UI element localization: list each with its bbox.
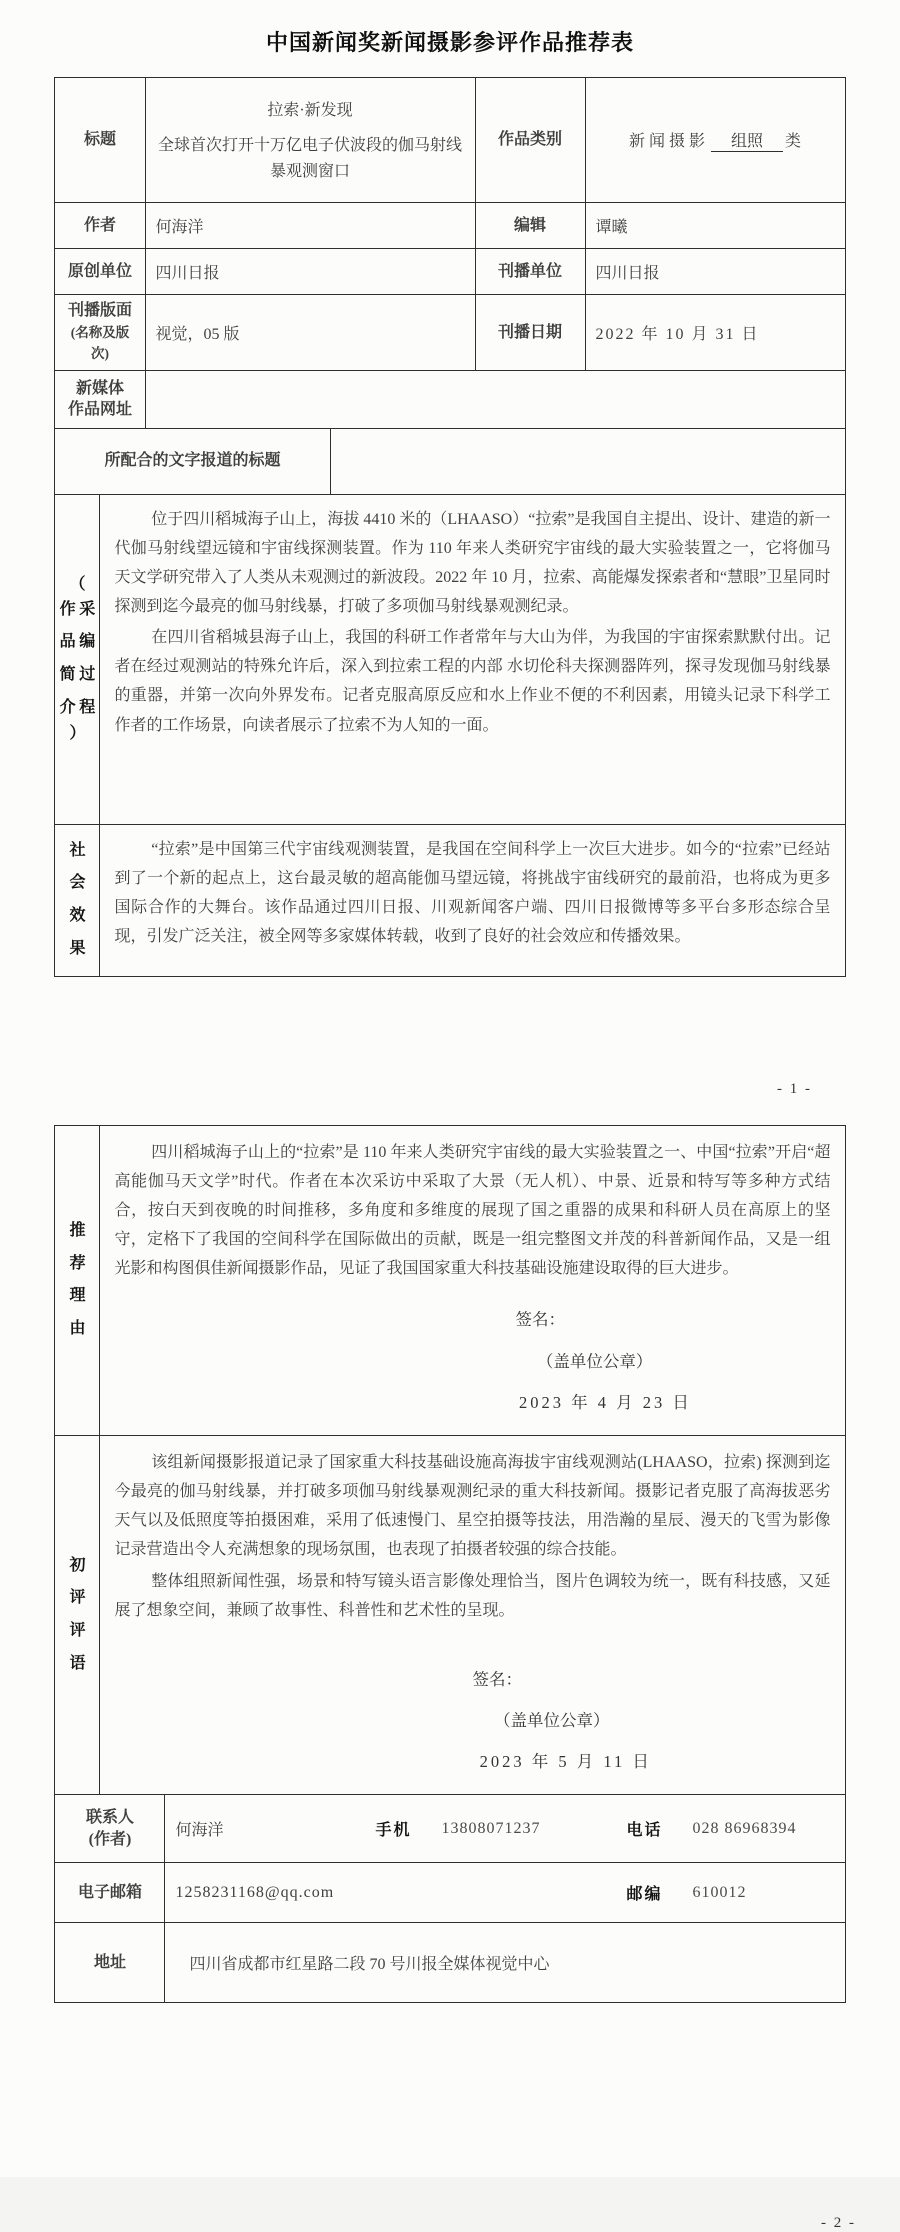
bottom-spacer [0, 2003, 900, 2215]
editor-label: 编辑 [475, 203, 585, 249]
text-report-label: 所配合的文字报道的标题 [55, 428, 330, 494]
publish-date-value: 2022 年 10 月 31 日 [585, 295, 845, 371]
publish-unit-label: 刊播单位 [475, 249, 585, 295]
author-label: 作者 [55, 203, 145, 249]
review-vertical-label: 初评评语 [55, 1436, 100, 1795]
recommend-label-text: 推荐理由 [69, 1215, 87, 1346]
contact-person-name: 何海洋 [175, 1817, 375, 1840]
social-effect-label-text: 社会效果 [69, 835, 87, 966]
category-prefix: 新闻摄影 [629, 133, 709, 150]
form-table-page1: 标题 拉索·新发现 全球首次打开十万亿电子伏波段的伽马射线暴观测窗口 作品类别 … [54, 77, 845, 977]
author-value: 何海洋 [145, 203, 475, 249]
review-paragraph-2: 整体组照新闻性强，场景和特写镜头语言影像处理恰当，图片色调较为统一，既有科技感，… [114, 1567, 830, 1625]
row-work-intro: （ 作品简介 采编过程 ） 位于四川稻城海子山上，海拔 4410 米的（LHAA… [55, 494, 845, 824]
review-signature-block: 签名： （盖单位公章） 2023 年 5 月 11 日 [114, 1659, 830, 1783]
recommend-sign-label: 签名： [515, 1299, 830, 1340]
row-recommend-reason: 推荐理由 四川稻城海子山上的“拉索”是 110 年来人类研究宇宙线的最大实验装置… [55, 1125, 845, 1435]
newmedia-label-line1: 新媒体 [76, 380, 124, 397]
category-label: 作品类别 [475, 78, 585, 203]
row-address: 地址 四川省成都市红星路二段 70 号川报全媒体视觉中心 [55, 1923, 845, 2003]
title-label: 标题 [55, 78, 145, 203]
review-paragraph-1: 该组新闻摄影报道记录了国家重大科技基础设施高海拔宇宙线观测站(LHAASO，拉索… [114, 1448, 830, 1564]
category-suffix: 类 [785, 133, 801, 150]
review-seal-note: （盖单位公章） [494, 1700, 831, 1741]
recommend-vertical-label: 推荐理由 [55, 1125, 100, 1435]
email-content: 1258231168@qq.com 邮编 610012 [165, 1863, 845, 1923]
intro-label-col-left: 作品简介 [59, 594, 77, 725]
intro-bracket-open: （ [69, 576, 85, 594]
intro-bracket-close: ） [69, 725, 85, 743]
newmedia-url-value [145, 370, 845, 428]
page2-number: - 2 - [0, 2215, 900, 2232]
zip-value: 610012 [692, 1884, 746, 1902]
contact-person-label-line1: 联系人 [86, 1809, 134, 1826]
mobile-label: 手机 [375, 1817, 441, 1840]
page-title: 中国新闻奖新闻摄影参评作品推荐表 [0, 26, 900, 57]
row-layout-date: 刊播版面 (名称及版次) 视觉，05 版 刊播日期 2022 年 10 月 31… [55, 295, 845, 371]
phone-label: 电话 [626, 1817, 692, 1840]
form-table-page2: 推荐理由 四川稻城海子山上的“拉索”是 110 年来人类研究宇宙线的最大实验装置… [54, 1125, 845, 2004]
work-title-line2: 全球首次打开十万亿电子伏波段的伽马射线暴观测窗口 [156, 133, 465, 184]
category-underlined-value: 组照 [711, 128, 783, 152]
document-page: 中国新闻奖新闻摄影参评作品推荐表 标题 拉索·新发现 全球首次打开十万亿电子伏波… [0, 0, 900, 2177]
review-sign-label: 签名： [472, 1659, 830, 1700]
contact-person-content: 何海洋 手机 13808071237 电话 028 86968394 [165, 1795, 845, 1863]
editor-value: 谭曦 [585, 203, 845, 249]
work-intro-vertical-label: （ 作品简介 采编过程 ） [55, 494, 100, 824]
page1-number: - 1 - [0, 977, 900, 1125]
mobile-value: 13808071237 [441, 1820, 626, 1838]
intro-paragraph-1: 位于四川稻城海子山上，海拔 4410 米的（LHAASO）“拉索”是我国自主提出… [114, 505, 830, 621]
layout-label: 刊播版面 (名称及版次) [55, 295, 145, 371]
intro-label-col-right: 采编过程 [78, 594, 96, 725]
review-sign-date: 2023 年 5 月 11 日 [480, 1741, 831, 1782]
layout-value: 视觉，05 版 [145, 295, 475, 371]
original-unit-value: 四川日报 [145, 249, 475, 295]
email-label: 电子邮箱 [55, 1863, 165, 1923]
row-social-effect: 社会效果 “拉索”是中国第三代宇宙线观测装置，是我国在空间科学上一次巨大进步。如… [55, 824, 845, 976]
row-preliminary-review: 初评评语 该组新闻摄影报道记录了国家重大科技基础设施高海拔宇宙线观测站(LHAA… [55, 1436, 845, 1795]
row-units: 原创单位 四川日报 刊播单位 四川日报 [55, 249, 845, 295]
row-contact-person: 联系人 (作者) 何海洋 手机 13808071237 电话 028 86968… [55, 1795, 845, 1863]
row-email-zip: 电子邮箱 1258231168@qq.com 邮编 610012 [55, 1863, 845, 1923]
recommend-sign-date: 2023 年 4 月 23 日 [519, 1382, 830, 1423]
intro-paragraph-2: 在四川省稻城县海子山上，我国的科研工作者常年与大山为伴，为我国的宇宙探索默默付出… [114, 623, 830, 739]
layout-label-line1: 刊播版面 [68, 302, 132, 319]
address-label: 地址 [55, 1923, 165, 2003]
text-report-value [330, 428, 845, 494]
row-author-editor: 作者 何海洋 编辑 谭曦 [55, 203, 845, 249]
recommend-paragraph: 四川稻城海子山上的“拉索”是 110 年来人类研究宇宙线的最大实验装置之一、中国… [114, 1138, 830, 1284]
publish-date-label: 刊播日期 [475, 295, 585, 371]
recommend-content: 四川稻城海子山上的“拉索”是 110 年来人类研究宇宙线的最大实验装置之一、中国… [100, 1125, 845, 1435]
email-value: 1258231168@qq.com [175, 1884, 626, 1902]
address-value: 四川省成都市红星路二段 70 号川报全媒体视觉中心 [165, 1923, 845, 2003]
original-unit-label: 原创单位 [55, 249, 145, 295]
newmedia-label-line2: 作品网址 [68, 401, 132, 418]
publish-unit-value: 四川日报 [585, 249, 845, 295]
row-text-report: 所配合的文字报道的标题 [55, 428, 845, 494]
social-effect-vertical-label: 社会效果 [55, 824, 100, 976]
review-content: 该组新闻摄影报道记录了国家重大科技基础设施高海拔宇宙线观测站(LHAASO，拉索… [100, 1436, 845, 1795]
contact-person-label-line2: (作者) [89, 1831, 132, 1848]
phone-value: 028 86968394 [692, 1820, 796, 1838]
recommend-signature-block: 签名： （盖单位公章） 2023 年 4 月 23 日 [114, 1299, 830, 1423]
category-value: 新闻摄影组照类 [585, 78, 845, 203]
social-effect-content: “拉索”是中国第三代宇宙线观测装置，是我国在空间科学上一次巨大进步。如今的“拉索… [100, 824, 845, 976]
intro-label-columns: 作品简介 采编过程 [59, 594, 96, 725]
row-title-category: 标题 拉索·新发现 全球首次打开十万亿电子伏波段的伽马射线暴观测窗口 作品类别 … [55, 78, 845, 203]
review-label-text: 初评评语 [69, 1550, 87, 1681]
layout-label-line2: (名称及版次) [71, 325, 130, 362]
recommend-seal-note: （盖单位公章） [537, 1341, 831, 1382]
contact-person-label: 联系人 (作者) [55, 1795, 165, 1863]
work-intro-content: 位于四川稻城海子山上，海拔 4410 米的（LHAASO）“拉索”是我国自主提出… [100, 494, 845, 824]
newmedia-url-label: 新媒体 作品网址 [55, 370, 145, 428]
zip-label: 邮编 [626, 1881, 692, 1904]
social-effect-paragraph: “拉索”是中国第三代宇宙线观测装置，是我国在空间科学上一次巨大进步。如今的“拉索… [114, 835, 830, 951]
work-title-line1: 拉索·新发现 [156, 98, 465, 124]
work-title-value: 拉索·新发现 全球首次打开十万亿电子伏波段的伽马射线暴观测窗口 [145, 78, 475, 203]
row-newmedia-url: 新媒体 作品网址 [55, 370, 845, 428]
